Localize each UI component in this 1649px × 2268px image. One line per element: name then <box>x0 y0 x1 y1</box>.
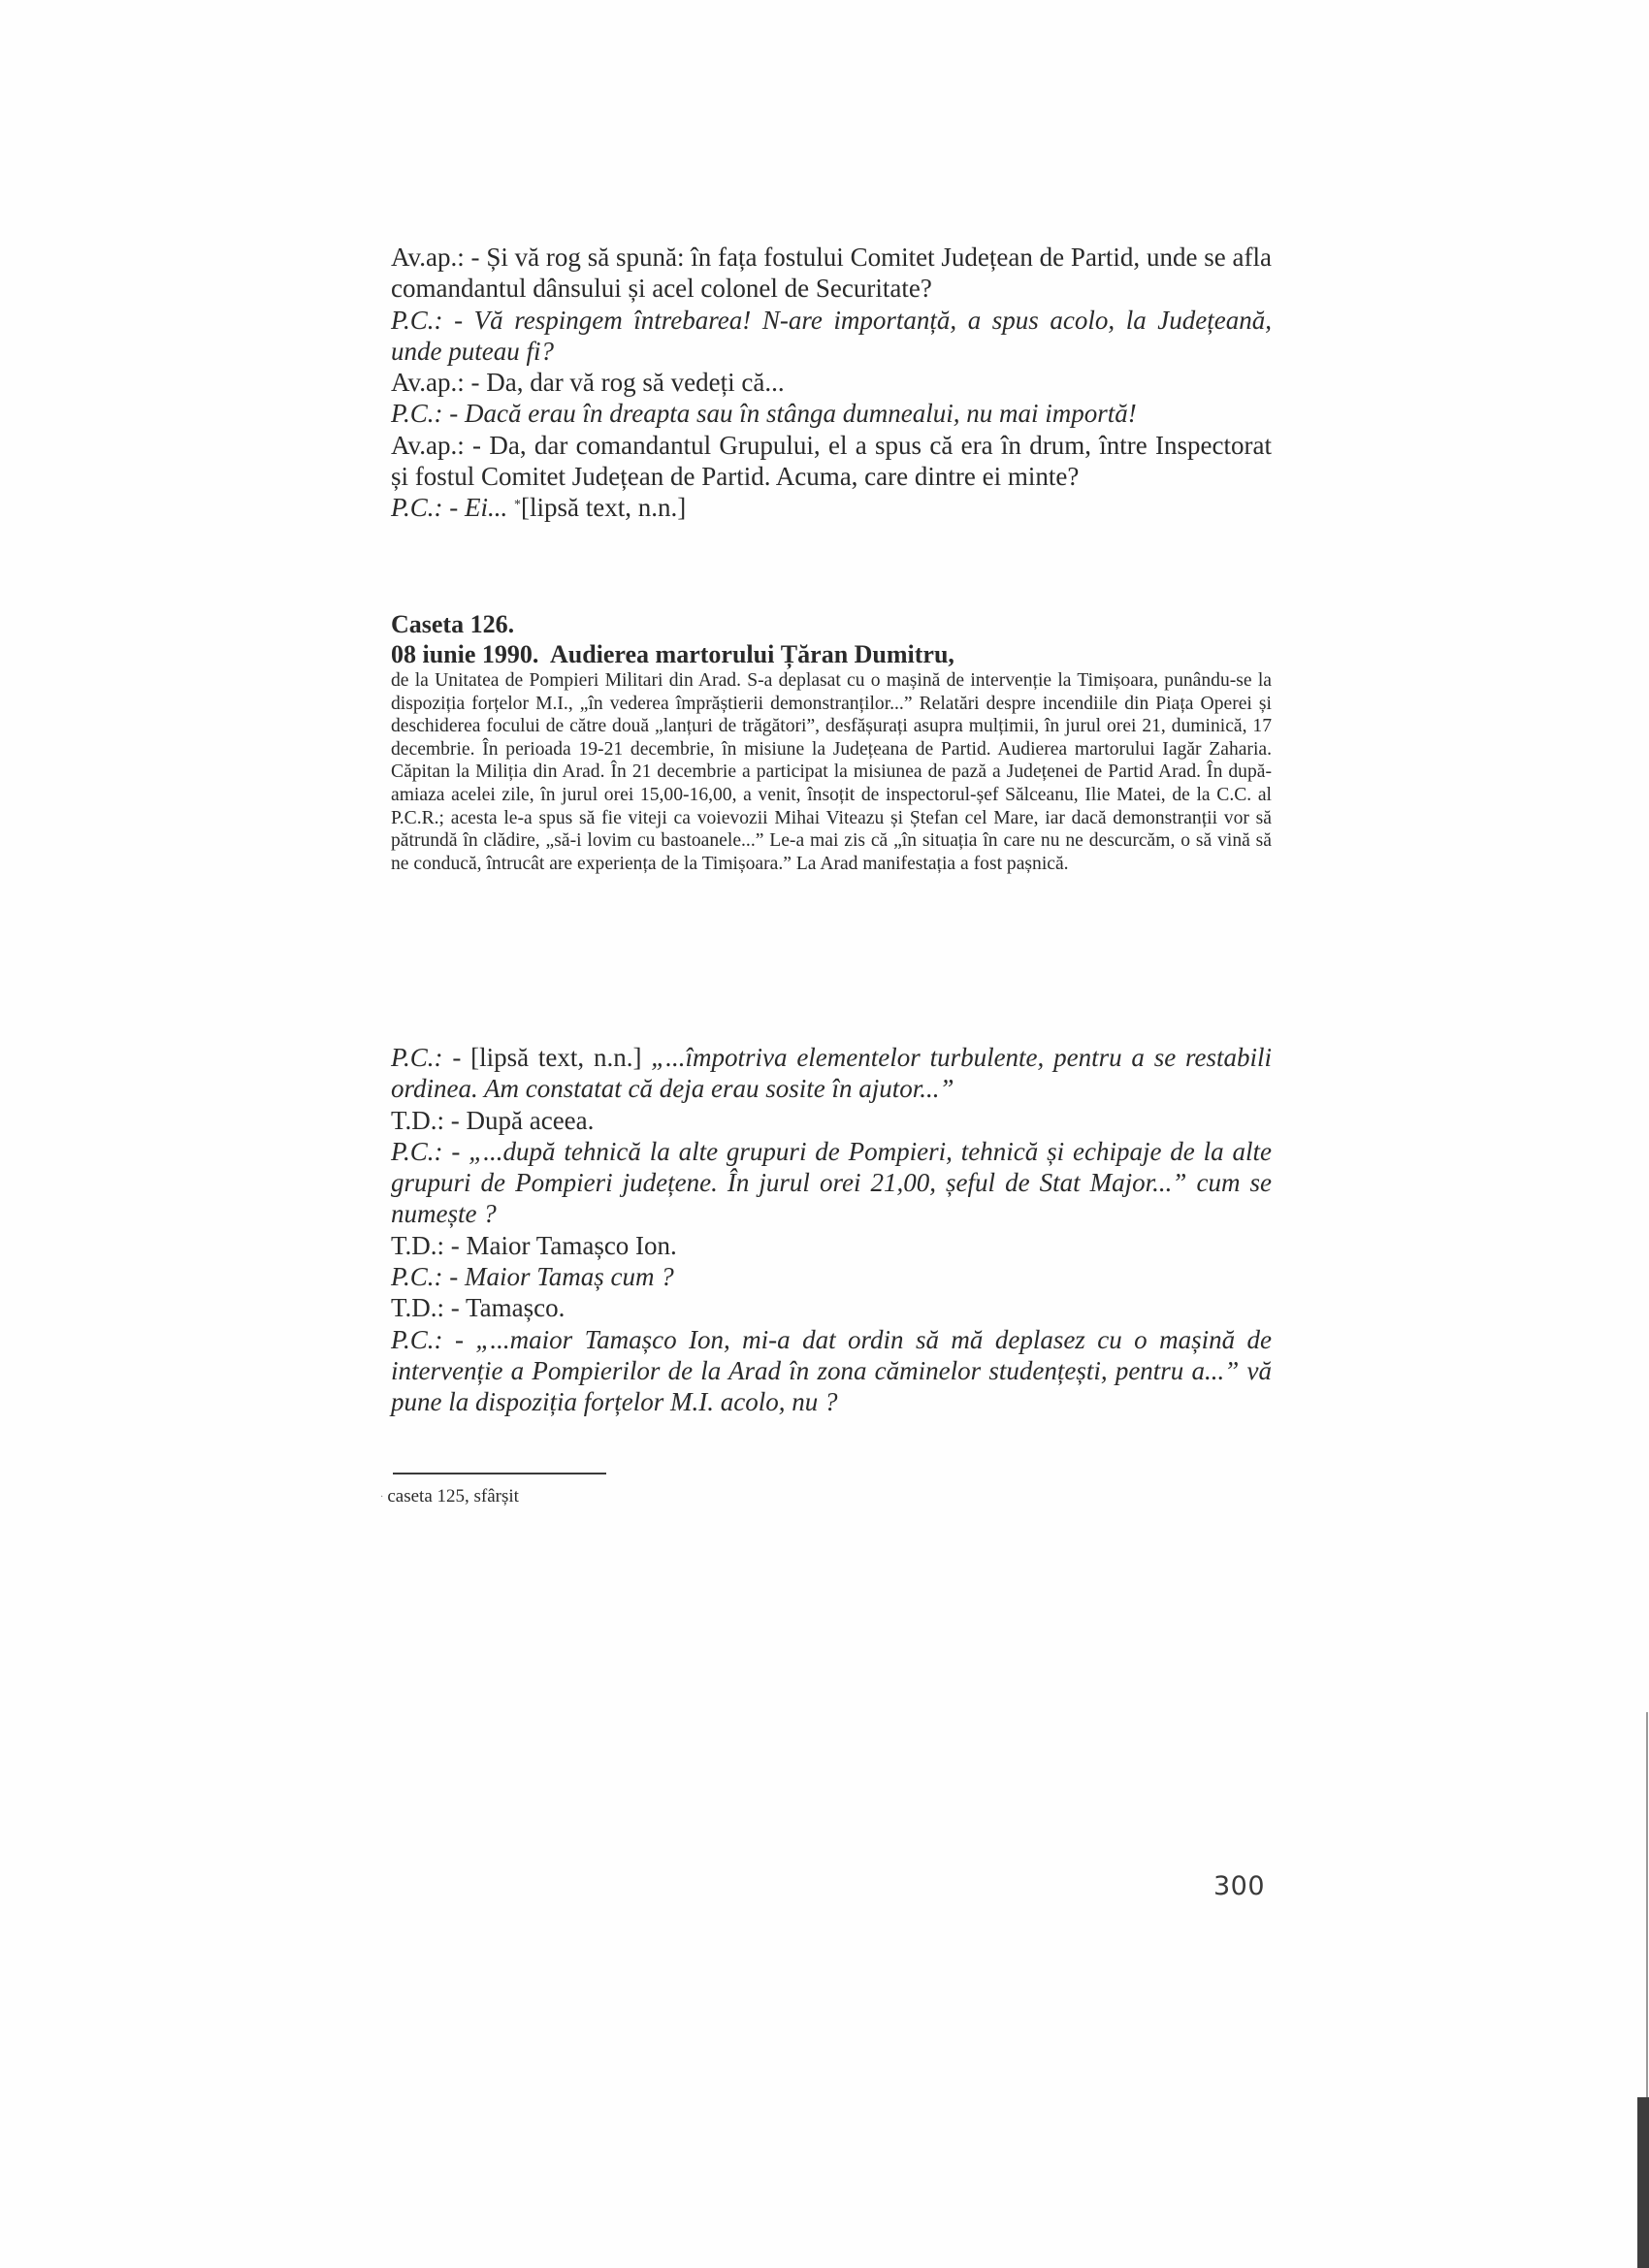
dialog-text: - După aceea. <box>444 1106 594 1135</box>
footnote: ·caseta 125, sfârșit <box>380 1486 519 1508</box>
hearing-summary: de la Unitatea de Pompieri Militari din … <box>391 669 1272 875</box>
hearing-heading: 08 iunie 1990. Audierea martorului Țăran… <box>391 640 954 669</box>
dialog-line: P.C.: - Dacă erau în dreapta sau în stân… <box>391 398 1272 429</box>
dialog-text: - „...după tehnică la alte grupuri de Po… <box>391 1137 1272 1229</box>
caseta-heading: Caseta 126. <box>391 610 514 639</box>
footnote-mark[interactable]: * <box>514 498 521 512</box>
dialog-line: P.C.: - [lipsă text, n.n.] „...împotriva… <box>391 1042 1272 1105</box>
dialog-line: T.D.: - Maior Tamașco Ion. <box>391 1230 1272 1261</box>
dialog-line: T.D.: - După aceea. <box>391 1105 1272 1136</box>
dialog-text: - Dacă erau în dreapta sau în stânga dum… <box>443 399 1137 428</box>
dialog-block-a: Av.ap.: - Și vă rog să spună: în fața fo… <box>391 242 1272 524</box>
scan-edge-bar <box>1637 2097 1649 2268</box>
dialog-text: - Ei... <box>443 493 515 522</box>
dialog-line: Av.ap.: - Da, dar comandantul Grupului, … <box>391 430 1272 493</box>
speaker-label: P.C.: <box>391 1043 443 1072</box>
scan-edge-line <box>1646 1712 1648 2100</box>
dialog-text: - „...maior Tamașco Ion, mi-a dat ordin … <box>391 1325 1272 1417</box>
dialog-line: Av.ap.: - Da, dar vă rog să vedeți că... <box>391 367 1272 398</box>
footnote-text: caseta 125, sfârșit <box>387 1486 519 1507</box>
dialog-line: P.C.: - Maior Tamaș cum ? <box>391 1261 1272 1292</box>
page-number: 300 <box>1213 1871 1265 1901</box>
speaker-label: Av.ap.: <box>391 243 465 272</box>
dialog-line: P.C.: - Vă respingem întrebarea! N-are i… <box>391 305 1272 368</box>
speaker-label: P.C.: <box>391 1137 443 1166</box>
dialog-text: - Maior Tamașco Ion. <box>444 1231 677 1260</box>
dialog-text: - Da, dar comandantul Grupului, el a spu… <box>391 431 1272 491</box>
speaker-label: T.D.: <box>391 1231 444 1260</box>
dialog-text: - Și vă rog să spună: în fața fostului C… <box>391 243 1272 303</box>
speaker-label: Av.ap.: <box>391 431 465 460</box>
dialog-block-b: P.C.: - [lipsă text, n.n.] „...împotriva… <box>391 1042 1272 1418</box>
dialog-line: Av.ap.: - Și vă rog să spună: în fața fo… <box>391 242 1272 305</box>
editor-note: [lipsă text, n.n.] <box>521 493 686 522</box>
speaker-label: P.C.: <box>391 1325 443 1354</box>
dialog-line: P.C.: - „...după tehnică la alte grupuri… <box>391 1136 1272 1230</box>
editor-note: - [lipsă text, n.n.] <box>443 1043 652 1072</box>
speaker-label: P.C.: <box>391 493 443 522</box>
dialog-text: - Tamașco. <box>444 1293 565 1322</box>
speaker-label: T.D.: <box>391 1106 444 1135</box>
scanned-page: Av.ap.: - Și vă rog să spună: în fața fo… <box>0 0 1649 2268</box>
dialog-line: T.D.: - Tamașco. <box>391 1292 1272 1323</box>
speaker-label: Av.ap.: <box>391 368 465 397</box>
speaker-label: P.C.: <box>391 306 443 335</box>
speaker-label: P.C.: <box>391 1262 443 1291</box>
dialog-line: P.C.: - „...maior Tamașco Ion, mi-a dat … <box>391 1324 1272 1418</box>
footnote-divider <box>393 1473 606 1474</box>
footnote-marker: · <box>380 1492 383 1503</box>
speaker-label: P.C.: <box>391 399 443 428</box>
dialog-text: - Maior Tamaș cum ? <box>443 1262 674 1291</box>
speaker-label: T.D.: <box>391 1293 444 1322</box>
dialog-text: - Da, dar vă rog să vedeți că... <box>465 368 785 397</box>
dialog-text: - Vă respingem întrebarea! N-are importa… <box>391 306 1272 366</box>
dialog-line: P.C.: - Ei... *[lipsă text, n.n.] <box>391 492 1272 523</box>
